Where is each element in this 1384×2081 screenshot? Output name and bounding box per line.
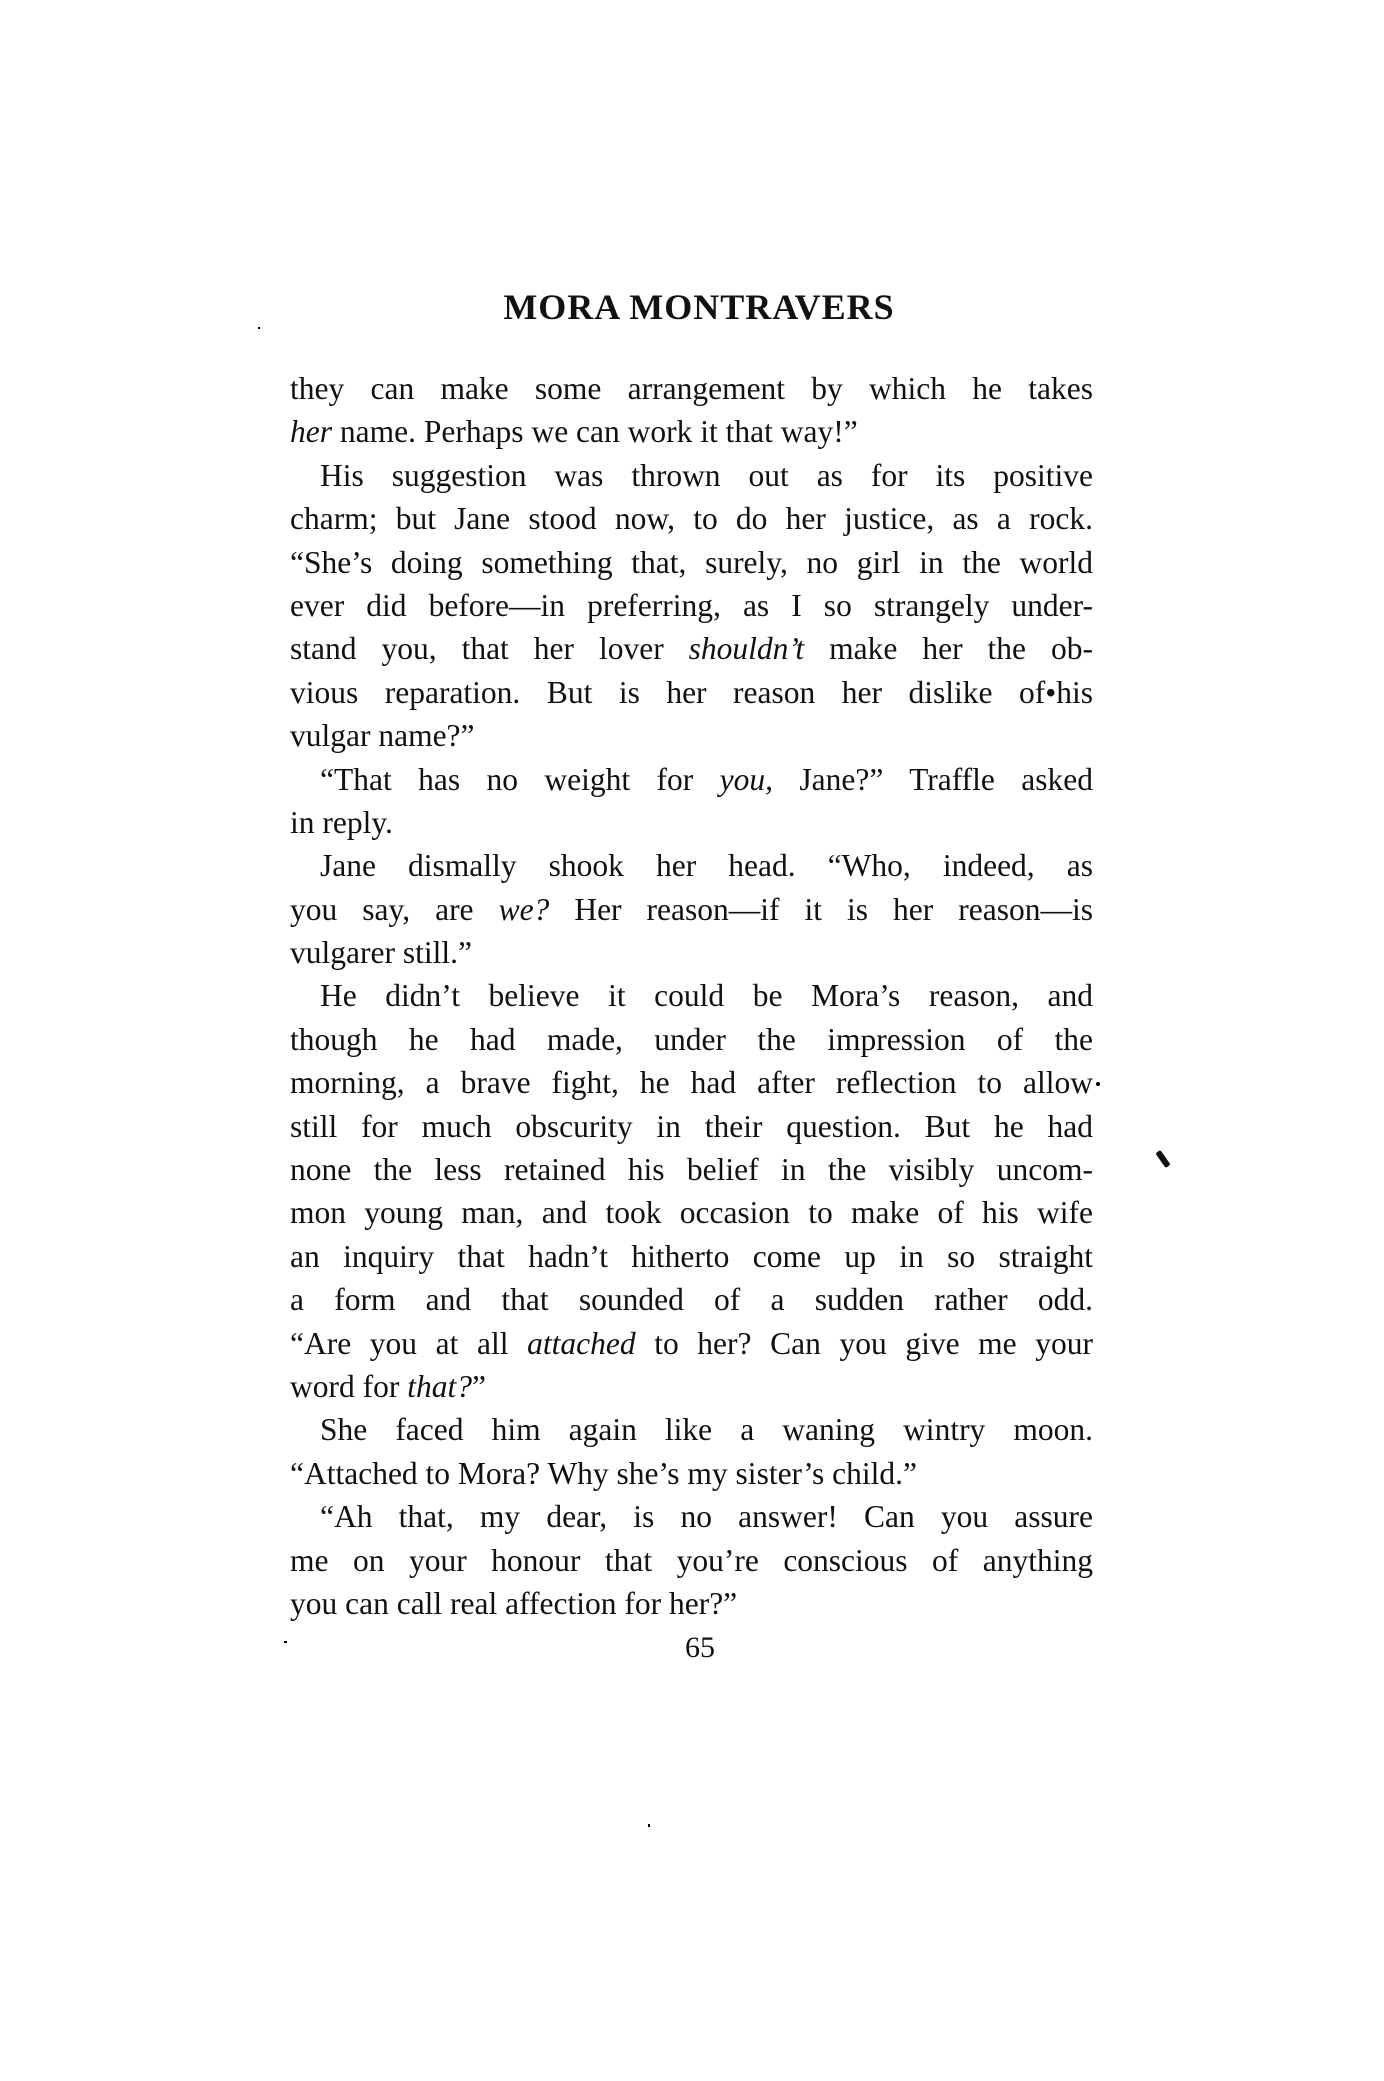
text-run: make her the ob-: [804, 631, 1093, 666]
text-line: His suggestion was thrown out as for its…: [290, 454, 1093, 497]
text-line: “She’s doing something that, surely, no …: [290, 541, 1093, 584]
scan-speck: [284, 1641, 287, 1643]
text-line: in reply.: [290, 801, 1093, 844]
text-line: me on your honour that you’re conscious …: [290, 1539, 1093, 1582]
text-line: She faced him again like a waning wintry…: [290, 1408, 1093, 1451]
text-run: they can make some arrangement by which …: [290, 371, 1093, 406]
italic-text: shouldn’t: [689, 631, 805, 666]
text-line: vulgar name?”: [290, 714, 1093, 757]
text-run: “That has no weight for: [320, 762, 720, 797]
italic-text: that?: [407, 1369, 472, 1404]
page-number: 65: [0, 1628, 1384, 1668]
text-run: “Attached to Mora? Why she’s my sister’s…: [290, 1456, 917, 1491]
text-line: they can make some arrangement by which …: [290, 367, 1093, 410]
text-line: mon young man, and took occasion to make…: [290, 1191, 1093, 1234]
text-line: still for much obscurity in their questi…: [290, 1105, 1093, 1148]
text-line: Jane dismally shook her head. “Who, inde…: [290, 844, 1093, 887]
text-run: none the less retained his belief in the…: [290, 1152, 1093, 1187]
text-run: Her reason—if it is her reason—is: [549, 892, 1093, 927]
text-line: you can call real affection for her?”: [290, 1582, 1093, 1625]
text-line: vious reparation. But is her reason her …: [290, 671, 1093, 714]
text-line: though he had made, under the impression…: [290, 1018, 1093, 1061]
text-line: charm; but Jane stood now, to do her jus…: [290, 497, 1093, 540]
text-line: ever did before—in preferring, as I so s…: [290, 584, 1093, 627]
italic-text: you,: [720, 762, 773, 797]
text-run: you can call real affection for her?”: [290, 1586, 737, 1621]
text-run: Jane dismally shook her head. “Who, inde…: [320, 848, 1093, 883]
text-line: vulgarer still.”: [290, 931, 1093, 974]
text-run: though he had made, under the impression…: [290, 1022, 1093, 1057]
text-run: in reply.: [290, 805, 393, 840]
text-run: a form and that sounded of a sudden rath…: [290, 1282, 1093, 1317]
text-line: stand you, that her lover shouldn’t make…: [290, 627, 1093, 670]
text-run: me on your honour that you’re conscious …: [290, 1543, 1093, 1578]
text-run: an inquiry that hadn’t hitherto come up …: [290, 1239, 1093, 1274]
scan-speck: [648, 1824, 650, 1827]
text-run: still for much obscurity in their questi…: [290, 1109, 1093, 1144]
scan-mark: [1155, 1150, 1170, 1168]
text-line: He didn’t believe it could be Mora’s rea…: [290, 974, 1093, 1017]
text-run: to her? Can you give me your: [636, 1326, 1093, 1361]
text-run: stand you, that her lover: [290, 631, 689, 666]
text-run: His suggestion was thrown out as for its…: [320, 458, 1093, 493]
text-line: a form and that sounded of a sudden rath…: [290, 1278, 1093, 1321]
text-line: “Are you at all attached to her? Can you…: [290, 1322, 1093, 1365]
text-line: an inquiry that hadn’t hitherto come up …: [290, 1235, 1093, 1278]
text-run: you say, are: [290, 892, 499, 927]
text-run: vulgarer still.”: [290, 935, 472, 970]
running-header: MORA MONTRAVERS: [0, 282, 1384, 332]
text-line: “That has no weight for you, Jane?” Traf…: [290, 758, 1093, 801]
text-line: you say, are we? Her reason—if it is her…: [290, 888, 1093, 931]
text-run: ever did before—in preferring, as I so s…: [290, 588, 1093, 623]
text-line: “Ah that, my dear, is no answer! Can you…: [290, 1495, 1093, 1538]
italic-text: attached: [527, 1326, 635, 1361]
text-run: name. Perhaps we can work it that way!”: [332, 414, 858, 449]
text-line: morning, a brave fight, he had after ref…: [290, 1061, 1093, 1104]
text-run: word for: [290, 1369, 407, 1404]
text-run: ”: [472, 1369, 486, 1404]
italic-text: we?: [499, 892, 550, 927]
text-run: vulgar name?”: [290, 718, 475, 753]
scan-speck: [1096, 1082, 1100, 1086]
text-run: charm; but Jane stood now, to do her jus…: [290, 501, 1093, 536]
text-run: “Are you at all: [290, 1326, 527, 1361]
body-text: they can make some arrangement by which …: [290, 367, 1093, 1625]
text-line: none the less retained his belief in the…: [290, 1148, 1093, 1191]
text-run: She faced him again like a waning wintry…: [320, 1412, 1093, 1447]
italic-text: her: [290, 414, 332, 449]
text-run: He didn’t believe it could be Mora’s rea…: [320, 978, 1093, 1013]
text-line: her name. Perhaps we can work it that wa…: [290, 410, 1093, 453]
text-run: morning, a brave fight, he had after ref…: [290, 1065, 1093, 1100]
text-run: Jane?” Traffle asked: [773, 762, 1093, 797]
text-run: “She’s doing something that, surely, no …: [290, 545, 1093, 580]
text-run: “Ah that, my dear, is no answer! Can you…: [320, 1499, 1093, 1534]
text-line: “Attached to Mora? Why she’s my sister’s…: [290, 1452, 1093, 1495]
text-line: word for that?”: [290, 1365, 1093, 1408]
text-run: mon young man, and took occasion to make…: [290, 1195, 1093, 1230]
scan-speck: [258, 327, 260, 329]
text-run: vious reparation. But is her reason her …: [290, 675, 1093, 710]
